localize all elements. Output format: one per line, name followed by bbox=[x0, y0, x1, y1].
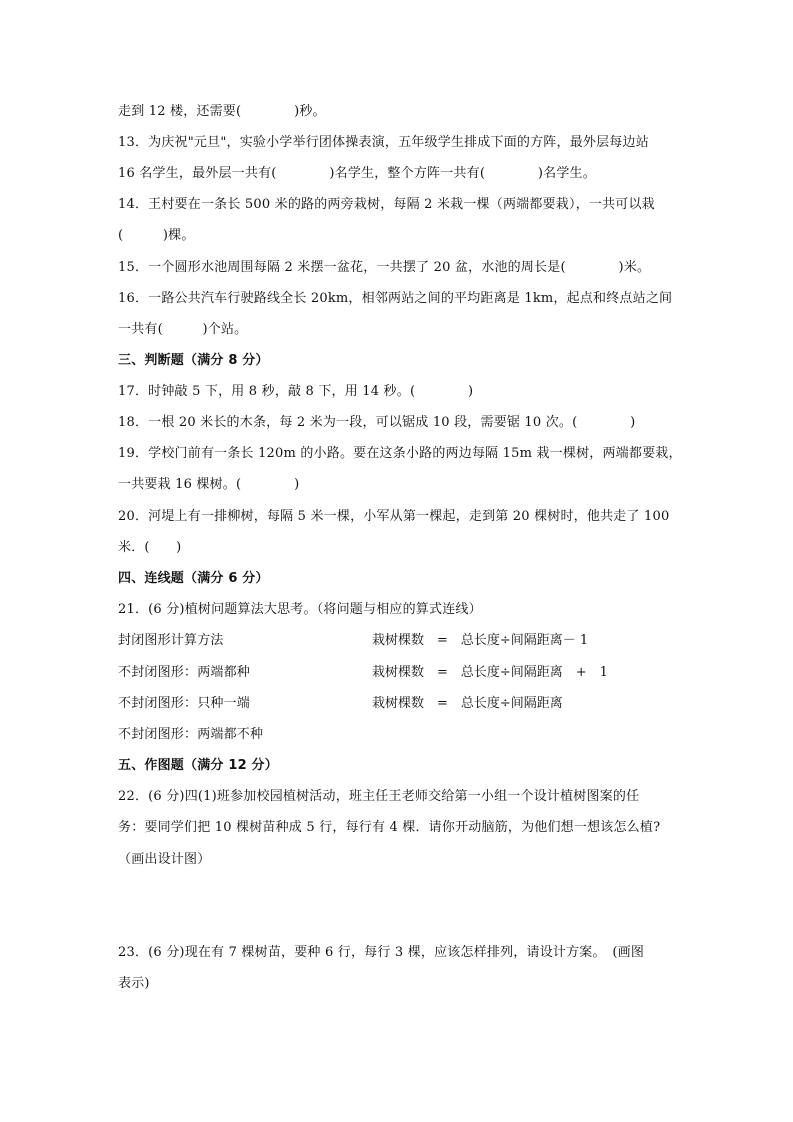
question-22-line2: 务：要同学们把 10 棵树苗种成 5 行，每行有 4 棵．请你开动脑筋，为他们想… bbox=[118, 820, 660, 836]
question-17: 17．时钟敲 5 下，用 8 秒，敲 8 下，用 14 秒。( ) bbox=[118, 384, 473, 400]
question-16-line2: 一共有( )个站。 bbox=[118, 322, 247, 338]
matching-right-3: 栽树棵数 = 总长度÷间隔距离 bbox=[372, 696, 563, 712]
section-3-heading: 三、判断题（满分 8 分） bbox=[118, 353, 269, 369]
question-18: 18．一根 20 米长的木条，每 2 米为一段，可以锯成 10 段，需要锯 10… bbox=[118, 415, 635, 431]
question-20-line2: 米．( ) bbox=[118, 540, 181, 556]
document-page: 走到 12 楼，还需要( )秒。 13．为庆祝"元旦"，实验小学举行团体操表演，… bbox=[0, 0, 793, 1122]
section-4-heading: 四、连线题（满分 6 分） bbox=[118, 571, 269, 587]
question-14-line2: ( )棵。 bbox=[118, 228, 195, 244]
question-13-line2: 16 名学生，最外层一共有( )名学生，整个方阵一共有( )名学生。 bbox=[118, 166, 596, 182]
question-23-line2: 表示) bbox=[118, 976, 150, 992]
question-16-line1: 16．一路公共汽车行驶路线全长 20km，相邻两站之间的平均距离是 1km，起点… bbox=[118, 291, 672, 307]
q12-continuation: 走到 12 楼，还需要( )秒。 bbox=[118, 104, 326, 120]
question-19-line2: 一共要栽 16 棵树。( ) bbox=[118, 477, 299, 493]
question-22-line1: 22．(6 分)四(1)班参加校园植树活动，班主任王老师交给第一小组一个设计植树… bbox=[118, 789, 639, 805]
question-13-line1: 13．为庆祝"元旦"，实验小学举行团体操表演，五年级学生排成下面的方阵，最外层每… bbox=[118, 135, 649, 151]
question-19-line1: 19．学校门前有一条长 120m 的小路。要在这条小路的两边每隔 15m 栽一棵… bbox=[118, 446, 682, 462]
question-22-line3: （画出设计图） bbox=[118, 852, 210, 868]
matching-left-1: 封闭图形计算方法 bbox=[118, 633, 224, 649]
question-21: 21．(6 分)植树问题算法大思考。（将问题与相应的算式连线） bbox=[118, 602, 482, 618]
matching-right-1: 栽树棵数 = 总长度÷间隔距离－ 1 bbox=[372, 633, 588, 649]
question-20-line1: 20．河堤上有一排柳树，每隔 5 米一棵，小军从第一棵起，走到第 20 棵树时，… bbox=[118, 509, 669, 525]
question-14-line1: 14．王村要在一条长 500 米的路的两旁栽树，每隔 2 米栽一棵（两端都要栽）… bbox=[118, 197, 655, 213]
matching-left-3: 不封闭图形：只种一端 bbox=[118, 696, 250, 712]
matching-left-4: 不封闭图形：两端都不种 bbox=[118, 727, 263, 743]
matching-right-2: 栽树棵数 = 总长度÷间隔距离 + 1 bbox=[372, 665, 608, 681]
question-15: 15．一个圆形水池周围每隔 2 米摆一盆花，一共摆了 20 盆，水池的周长是( … bbox=[118, 260, 650, 276]
matching-left-2: 不封闭图形：两端都种 bbox=[118, 665, 250, 681]
section-5-heading: 五、作图题（满分 12 分） bbox=[118, 758, 278, 774]
question-23-line1: 23．(6 分)现在有 7 棵树苗，要种 6 行，每行 3 棵，应该怎样排列，请… bbox=[118, 945, 644, 961]
